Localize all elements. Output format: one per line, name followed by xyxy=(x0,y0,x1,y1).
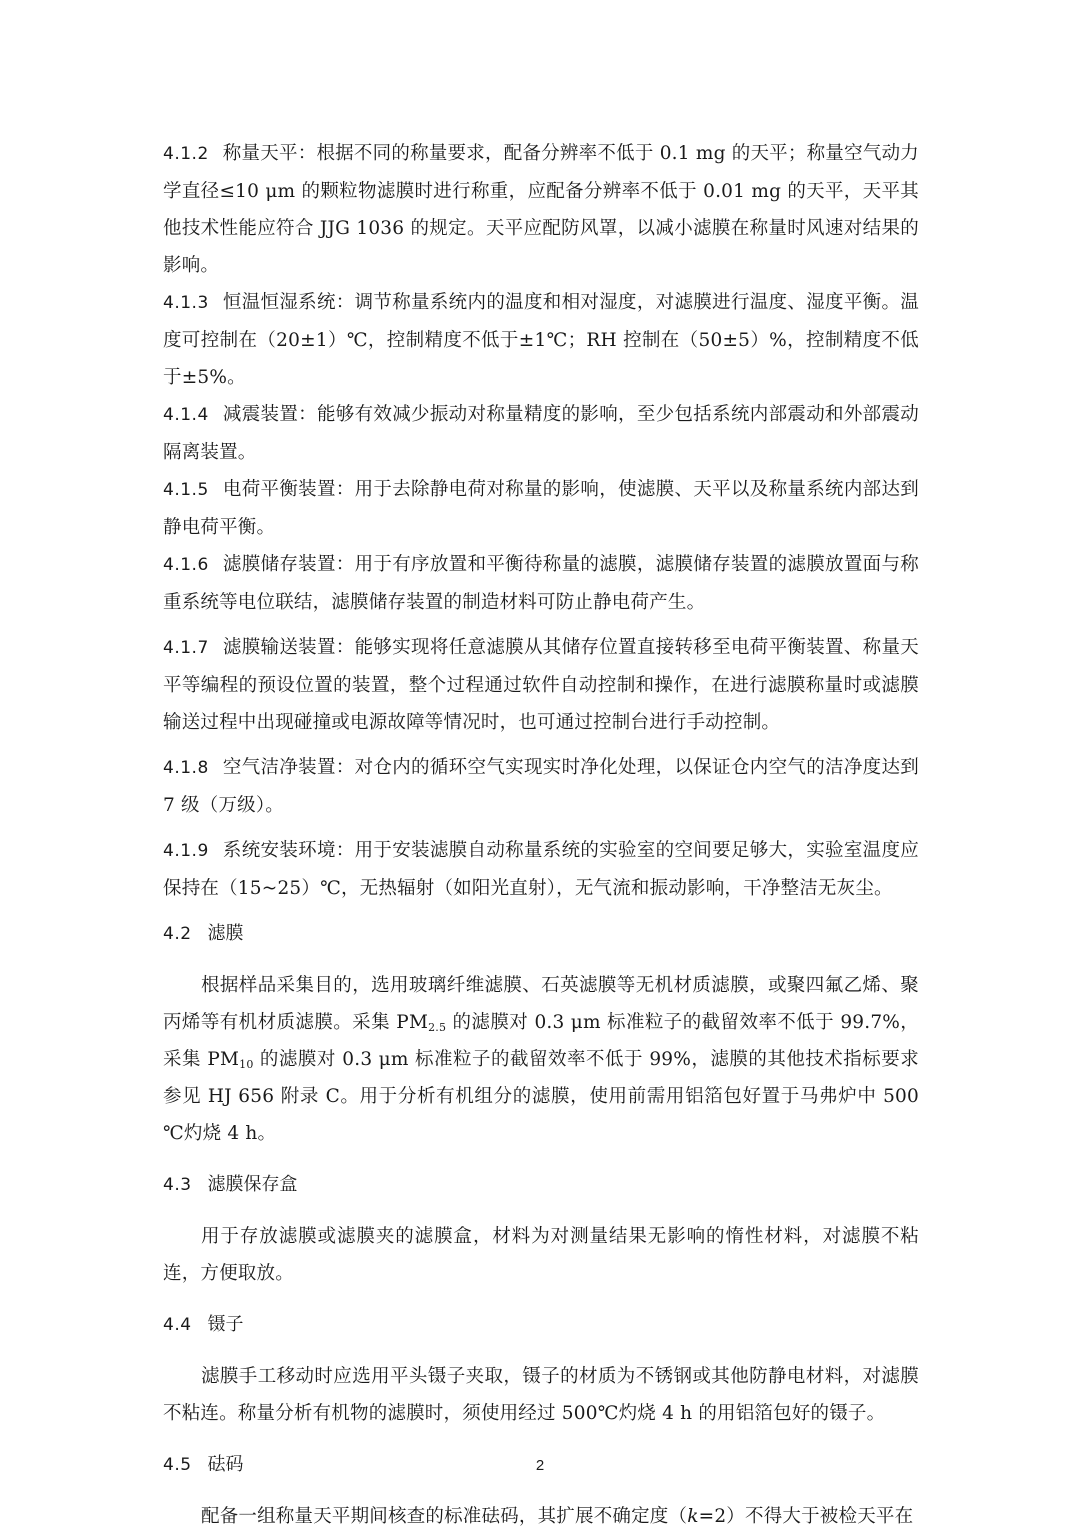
clause-number: 4.1.5 xyxy=(163,480,209,500)
section-heading-4-3: 4.3滤膜保存盒 xyxy=(163,1166,919,1204)
page-number: 2 xyxy=(0,1457,1080,1474)
clause-text: 称量天平：根据不同的称量要求，配备分辨率不低于 0.1 mg 的天平；称量空气动… xyxy=(163,143,919,276)
clause-number: 4.1.2 xyxy=(163,144,209,164)
section-number: 4.2 xyxy=(163,924,192,944)
clause-number: 4.1.4 xyxy=(163,405,209,425)
clause-text: 系统安装环境：用于安装滤膜自动称量系统的实验室的空间要足够大，实验室温度应保持在… xyxy=(163,840,919,899)
section-number: 4.4 xyxy=(163,1315,192,1335)
spacer xyxy=(163,824,919,832)
spacer xyxy=(163,1204,919,1218)
section-heading-4-2: 4.2滤膜 xyxy=(163,915,919,953)
clause-number: 4.1.8 xyxy=(163,758,209,778)
clause-number: 4.1.9 xyxy=(163,841,209,861)
body-text: =2）不得大于被检天平在 xyxy=(699,1506,914,1527)
clause-number: 4.1.6 xyxy=(163,555,209,575)
spacer xyxy=(163,1292,919,1306)
spacer xyxy=(163,907,919,915)
clause-number: 4.1.3 xyxy=(163,293,209,313)
section-body-4-4: 滤膜手工移动时应选用平头镊子夹取，镊子的材质为不锈钢或其他防静电材料，对滤膜不粘… xyxy=(163,1358,919,1432)
section-title: 滤膜保存盒 xyxy=(208,1174,298,1195)
clause-number: 4.1.7 xyxy=(163,638,209,658)
clause-4-1-8: 4.1.8空气洁净装置：对仓内的循环空气实现实时净化处理，以保证仓内空气的洁净度… xyxy=(163,749,919,824)
spacer xyxy=(163,741,919,749)
section-body-4-3: 用于存放滤膜或滤膜夹的滤膜盒，材料为对测量结果无影响的惰性材料，对滤膜不粘连，方… xyxy=(163,1218,919,1292)
clause-text: 滤膜储存装置：用于有序放置和平衡待称量的滤膜，滤膜储存装置的滤膜放置面与称重系统… xyxy=(163,554,919,613)
clause-4-1-4: 4.1.4减震装置：能够有效减少振动对称量精度的影响，至少包括系统内部震动和外部… xyxy=(163,396,919,471)
clause-text: 空气洁净装置：对仓内的循环空气实现实时净化处理，以保证仓内空气的洁净度达到 7 … xyxy=(163,757,919,816)
clause-4-1-6: 4.1.6滤膜储存装置：用于有序放置和平衡待称量的滤膜，滤膜储存装置的滤膜放置面… xyxy=(163,546,919,621)
clause-text: 减震装置：能够有效减少振动对称量精度的影响，至少包括系统内部震动和外部震动隔离装… xyxy=(163,404,919,463)
spacer xyxy=(163,1432,919,1446)
clause-text: 电荷平衡装置：用于去除静电荷对称量的影响，使滤膜、天平以及称量系统内部达到静电荷… xyxy=(163,479,919,538)
section-title: 滤膜 xyxy=(208,923,244,944)
subscript: 2.5 xyxy=(428,1021,446,1034)
section-number: 4.3 xyxy=(163,1175,192,1195)
clause-4-1-7: 4.1.7滤膜输送装置：能够实现将任意滤膜从其储存位置直接转移至电荷平衡装置、称… xyxy=(163,629,919,741)
section-heading-4-4: 4.4镊子 xyxy=(163,1306,919,1344)
body-text: 的滤膜对 0.3 μm 标准粒子的截留效率不低于 99%，滤膜的其他技术指标要求… xyxy=(163,1049,919,1144)
spacer xyxy=(163,621,919,629)
document-page: 4.1.2称量天平：根据不同的称量要求，配备分辨率不低于 0.1 mg 的天平；… xyxy=(163,135,919,1527)
spacer xyxy=(163,1484,919,1498)
spacer xyxy=(163,1152,919,1166)
section-body-4-5: 配备一组称量天平期间核查的标准砝码，其扩展不确定度（k=2）不得大于被检天平在 xyxy=(163,1498,919,1527)
spacer xyxy=(163,953,919,967)
clause-4-1-9: 4.1.9系统安装环境：用于安装滤膜自动称量系统的实验室的空间要足够大，实验室温… xyxy=(163,832,919,907)
clause-4-1-5: 4.1.5电荷平衡装置：用于去除静电荷对称量的影响，使滤膜、天平以及称量系统内部… xyxy=(163,471,919,546)
subscript: 10 xyxy=(239,1058,253,1071)
italic-variable: k xyxy=(687,1506,698,1527)
clause-text: 恒温恒湿系统：调节称量系统内的温度和相对湿度，对滤膜进行温度、湿度平衡。温度可控… xyxy=(163,292,919,388)
clause-text: 滤膜输送装置：能够实现将任意滤膜从其储存位置直接转移至电荷平衡装置、称量天平等编… xyxy=(163,637,919,733)
section-body-4-2: 根据样品采集目的，选用玻璃纤维滤膜、石英滤膜等无机材质滤膜，或聚四氟乙烯、聚丙烯… xyxy=(163,967,919,1152)
body-text: 配备一组称量天平期间核查的标准砝码，其扩展不确定度（ xyxy=(201,1506,687,1527)
section-title: 镊子 xyxy=(208,1314,244,1335)
spacer xyxy=(163,1344,919,1358)
clause-4-1-3: 4.1.3恒温恒湿系统：调节称量系统内的温度和相对湿度，对滤膜进行温度、湿度平衡… xyxy=(163,284,919,396)
clause-4-1-2: 4.1.2称量天平：根据不同的称量要求，配备分辨率不低于 0.1 mg 的天平；… xyxy=(163,135,919,284)
